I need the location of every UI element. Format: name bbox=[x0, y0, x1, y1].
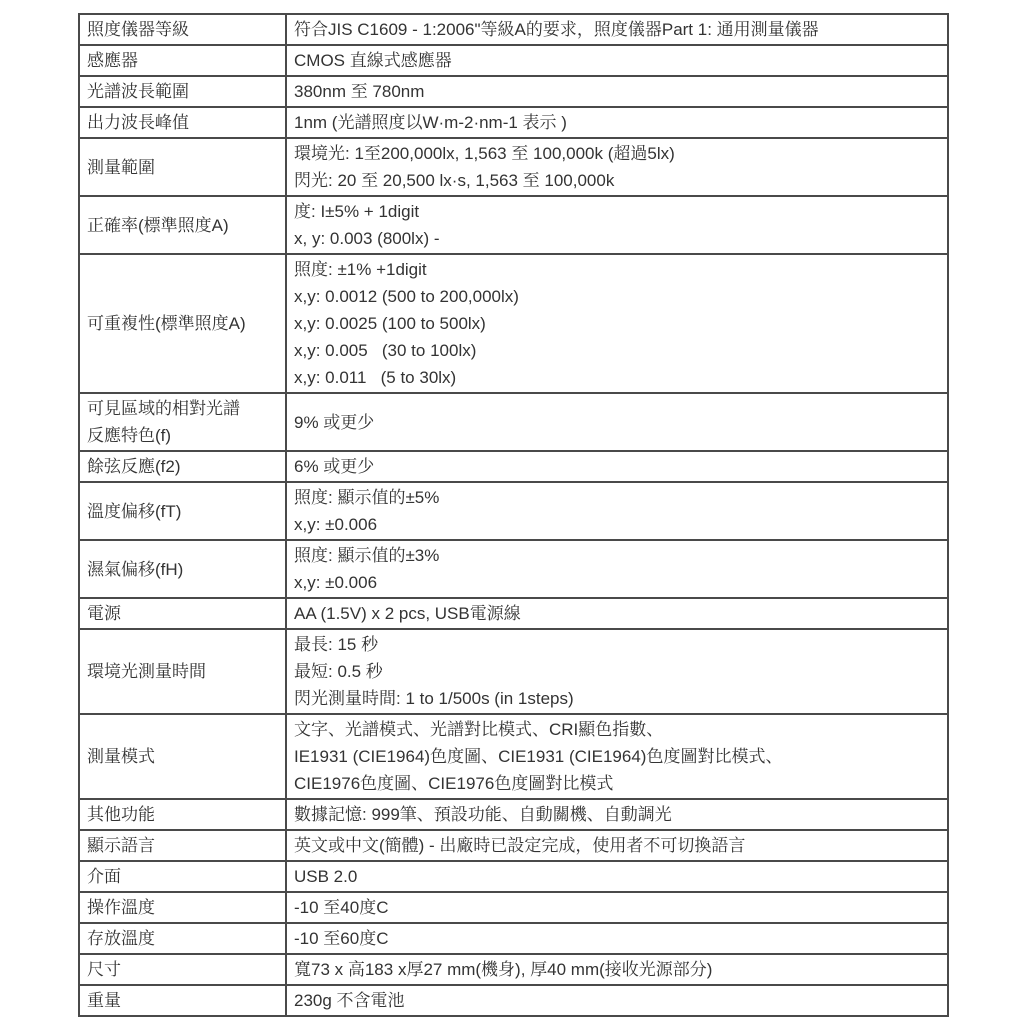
table-row: 測量模式 文字、光譜模式、光譜對比模式、CRI顯色指數、 IE1931 (CIE… bbox=[79, 714, 948, 799]
spec-value-cell: -10 至60度C bbox=[286, 923, 948, 954]
spec-value-cell: 寬73 x 高183 x厚27 mm(機身), 厚40 mm(接收光源部分) bbox=[286, 954, 948, 985]
spec-label-cell: 環境光測量時間 bbox=[79, 629, 286, 714]
spec-value-cell: 照度: ±1% +1digit x,y: 0.0012 (500 to 200,… bbox=[286, 254, 948, 393]
spec-value-cell: 230g 不含電池 bbox=[286, 985, 948, 1016]
spec-label-cell: 餘弦反應(f2) bbox=[79, 451, 286, 482]
spec-label-cell: 操作溫度 bbox=[79, 892, 286, 923]
spec-table: 照度儀器等級 符合JIS C1609 - 1:2006"等級A的要求，照度儀器P… bbox=[78, 13, 949, 1017]
spec-label-cell: 測量模式 bbox=[79, 714, 286, 799]
table-row: 出力波長峰值 1nm (光譜照度以W·m-2·nm-1 表示 ) bbox=[79, 107, 948, 138]
spec-label-cell: 尺寸 bbox=[79, 954, 286, 985]
spec-value-cell: 英文或中文(簡體) - 出廠時已設定完成，使用者不可切換語言 bbox=[286, 830, 948, 861]
table-row: 可見區域的相對光譜 反應特色(f) 9% 或更少 bbox=[79, 393, 948, 451]
table-row: 感應器 CMOS 直線式感應器 bbox=[79, 45, 948, 76]
spec-value-cell: 數據記憶: 999筆、預設功能、自動關機、自動調光 bbox=[286, 799, 948, 830]
table-row: 操作溫度 -10 至40度C bbox=[79, 892, 948, 923]
spec-page: 照度儀器等級 符合JIS C1609 - 1:2006"等級A的要求，照度儀器P… bbox=[0, 0, 1024, 1024]
spec-value-cell: 照度: 顯示值的±5% x,y: ±0.006 bbox=[286, 482, 948, 540]
table-row: 電源 AA (1.5V) x 2 pcs, USB電源線 bbox=[79, 598, 948, 629]
spec-label-cell: 顯示語言 bbox=[79, 830, 286, 861]
spec-label-cell: 出力波長峰值 bbox=[79, 107, 286, 138]
spec-value-cell: 符合JIS C1609 - 1:2006"等級A的要求，照度儀器Part 1: … bbox=[286, 14, 948, 45]
spec-label-cell: 電源 bbox=[79, 598, 286, 629]
spec-value-cell: CMOS 直線式感應器 bbox=[286, 45, 948, 76]
spec-value-cell: 380nm 至 780nm bbox=[286, 76, 948, 107]
spec-label-cell: 存放溫度 bbox=[79, 923, 286, 954]
spec-label-cell: 介面 bbox=[79, 861, 286, 892]
spec-value-cell: USB 2.0 bbox=[286, 861, 948, 892]
table-row: 環境光測量時間 最長: 15 秒 最短: 0.5 秒 閃光測量時間: 1 to … bbox=[79, 629, 948, 714]
spec-label-cell: 正確率(標準照度A) bbox=[79, 196, 286, 254]
spec-value-cell: -10 至40度C bbox=[286, 892, 948, 923]
spec-label-cell: 測量範圍 bbox=[79, 138, 286, 196]
table-row: 餘弦反應(f2) 6% 或更少 bbox=[79, 451, 948, 482]
table-row: 介面 USB 2.0 bbox=[79, 861, 948, 892]
table-row: 照度儀器等級 符合JIS C1609 - 1:2006"等級A的要求，照度儀器P… bbox=[79, 14, 948, 45]
table-row: 存放溫度 -10 至60度C bbox=[79, 923, 948, 954]
spec-label-cell: 可重複性(標準照度A) bbox=[79, 254, 286, 393]
spec-value-cell: 照度: 顯示值的±3% x,y: ±0.006 bbox=[286, 540, 948, 598]
spec-label-cell: 重量 bbox=[79, 985, 286, 1016]
table-row: 尺寸 寬73 x 高183 x厚27 mm(機身), 厚40 mm(接收光源部分… bbox=[79, 954, 948, 985]
table-row: 重量 230g 不含電池 bbox=[79, 985, 948, 1016]
table-row: 其他功能 數據記憶: 999筆、預設功能、自動關機、自動調光 bbox=[79, 799, 948, 830]
spec-label-cell: 溫度偏移(fT) bbox=[79, 482, 286, 540]
spec-value-cell: 環境光: 1至200,000lx, 1,563 至 100,000k (超過5l… bbox=[286, 138, 948, 196]
spec-label-cell: 濕氣偏移(fH) bbox=[79, 540, 286, 598]
spec-value-cell: 1nm (光譜照度以W·m-2·nm-1 表示 ) bbox=[286, 107, 948, 138]
table-row: 可重複性(標準照度A) 照度: ±1% +1digit x,y: 0.0012 … bbox=[79, 254, 948, 393]
table-row: 正確率(標準照度A) 度: I±5% + 1digit x, y: 0.003 … bbox=[79, 196, 948, 254]
table-row: 溫度偏移(fT) 照度: 顯示值的±5% x,y: ±0.006 bbox=[79, 482, 948, 540]
spec-label-cell: 照度儀器等級 bbox=[79, 14, 286, 45]
table-row: 顯示語言 英文或中文(簡體) - 出廠時已設定完成，使用者不可切換語言 bbox=[79, 830, 948, 861]
spec-value-cell: 9% 或更少 bbox=[286, 393, 948, 451]
spec-value-cell: 文字、光譜模式、光譜對比模式、CRI顯色指數、 IE1931 (CIE1964)… bbox=[286, 714, 948, 799]
spec-table-body: 照度儀器等級 符合JIS C1609 - 1:2006"等級A的要求，照度儀器P… bbox=[79, 14, 948, 1016]
spec-value-cell: 最長: 15 秒 最短: 0.5 秒 閃光測量時間: 1 to 1/500s (… bbox=[286, 629, 948, 714]
table-row: 光譜波長範圍 380nm 至 780nm bbox=[79, 76, 948, 107]
table-row: 濕氣偏移(fH) 照度: 顯示值的±3% x,y: ±0.006 bbox=[79, 540, 948, 598]
spec-value-cell: 度: I±5% + 1digit x, y: 0.003 (800lx) - bbox=[286, 196, 948, 254]
spec-value-cell: 6% 或更少 bbox=[286, 451, 948, 482]
spec-label-cell: 其他功能 bbox=[79, 799, 286, 830]
spec-label-cell: 感應器 bbox=[79, 45, 286, 76]
table-row: 測量範圍 環境光: 1至200,000lx, 1,563 至 100,000k … bbox=[79, 138, 948, 196]
spec-label-cell: 可見區域的相對光譜 反應特色(f) bbox=[79, 393, 286, 451]
spec-value-cell: AA (1.5V) x 2 pcs, USB電源線 bbox=[286, 598, 948, 629]
spec-label-cell: 光譜波長範圍 bbox=[79, 76, 286, 107]
